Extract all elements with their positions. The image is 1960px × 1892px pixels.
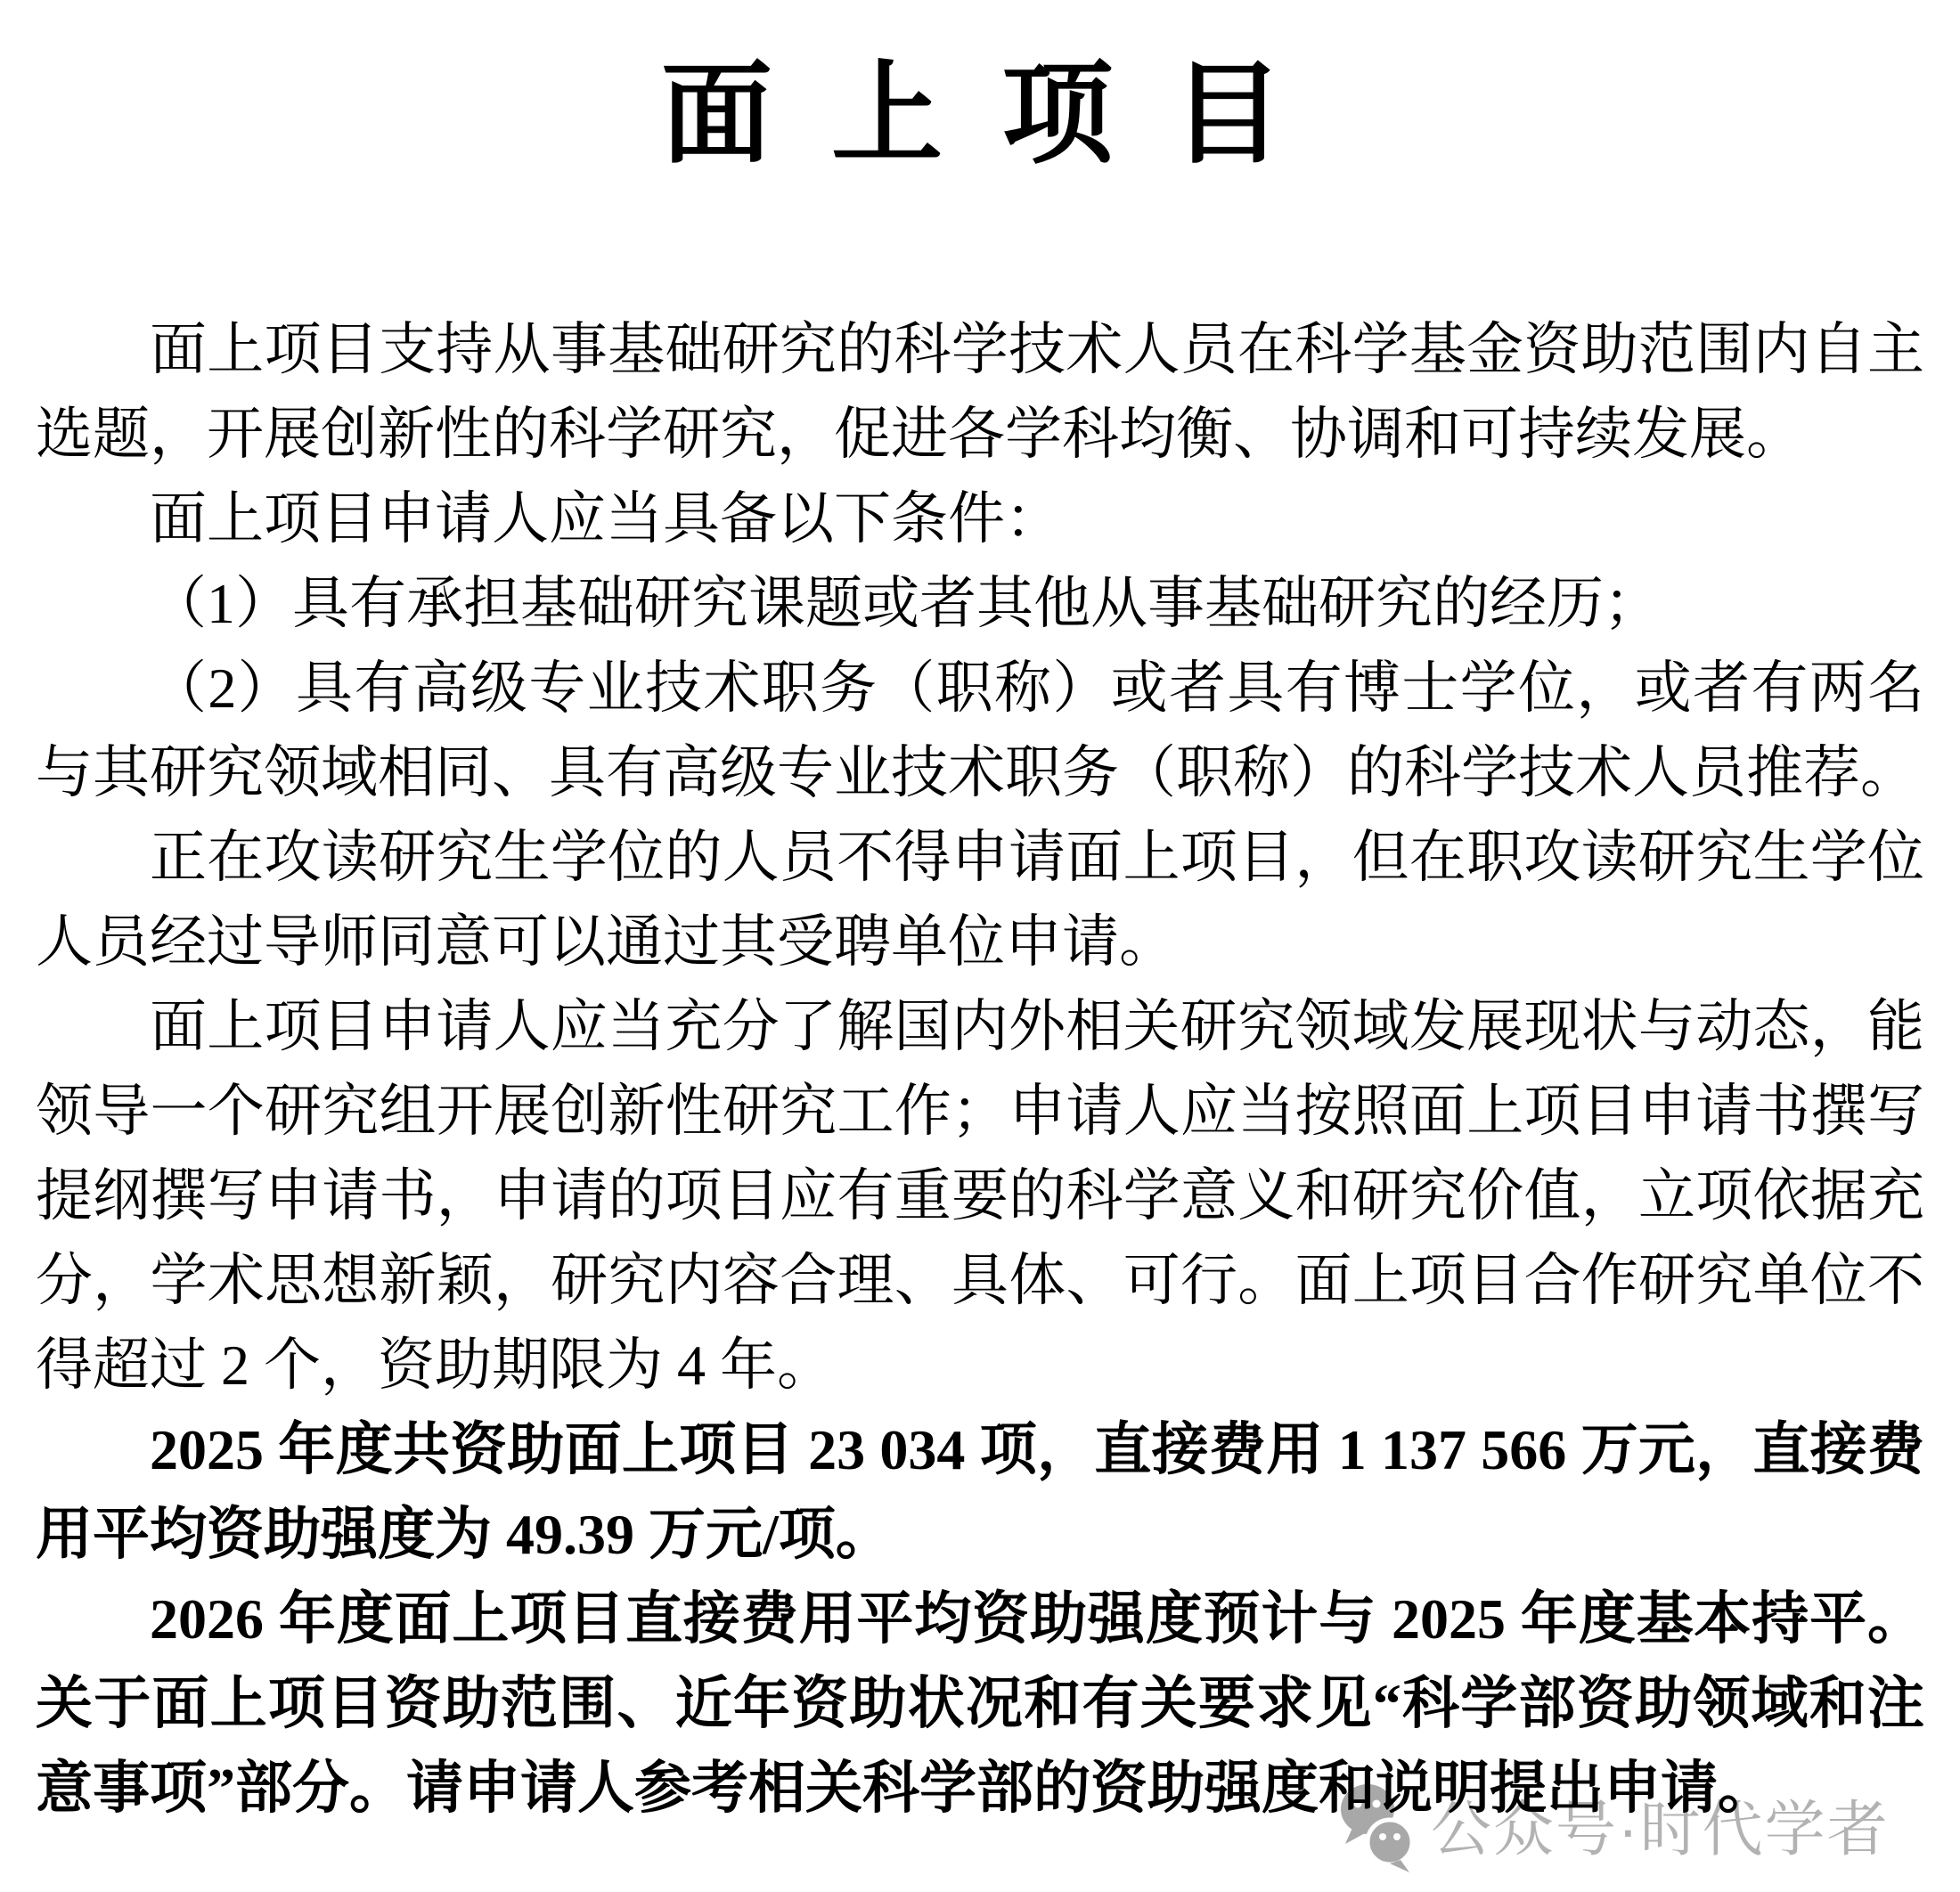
paragraph: 正在攻读研究生学位的人员不得申请面上项目，但在职攻读研究生学位人员经过导师同意可… [36,815,1924,984]
page-title: 面 上 项 目 [0,49,1960,183]
document-body: 面上项目支持从事基础研究的科学技术人员在科学基金资助范围内自主选题，开展创新性的… [36,307,1924,1831]
paragraph: 面上项目申请人应当具备以下条件： [36,477,1924,561]
paragraph: 面上项目申请人应当充分了解国内外相关研究领域发展现状与动态，能领导一个研究组开展… [36,984,1924,1407]
paragraph: （2）具有高级专业技术职务（职称）或者具有博士学位，或者有两名与其研究领域相同、… [36,646,1924,815]
paragraph: 面上项目支持从事基础研究的科学技术人员在科学基金资助范围内自主选题，开展创新性的… [36,307,1924,477]
paragraph: 2025 年度共资助面上项目 23 034 项，直接费用 1 137 566 万… [36,1407,1924,1577]
paragraph: 2026 年度面上项目直接费用平均资助强度预计与 2025 年度基本持平。关于面… [36,1577,1924,1831]
paragraph: （1）具有承担基础研究课题或者其他从事基础研究的经历； [36,561,1924,646]
